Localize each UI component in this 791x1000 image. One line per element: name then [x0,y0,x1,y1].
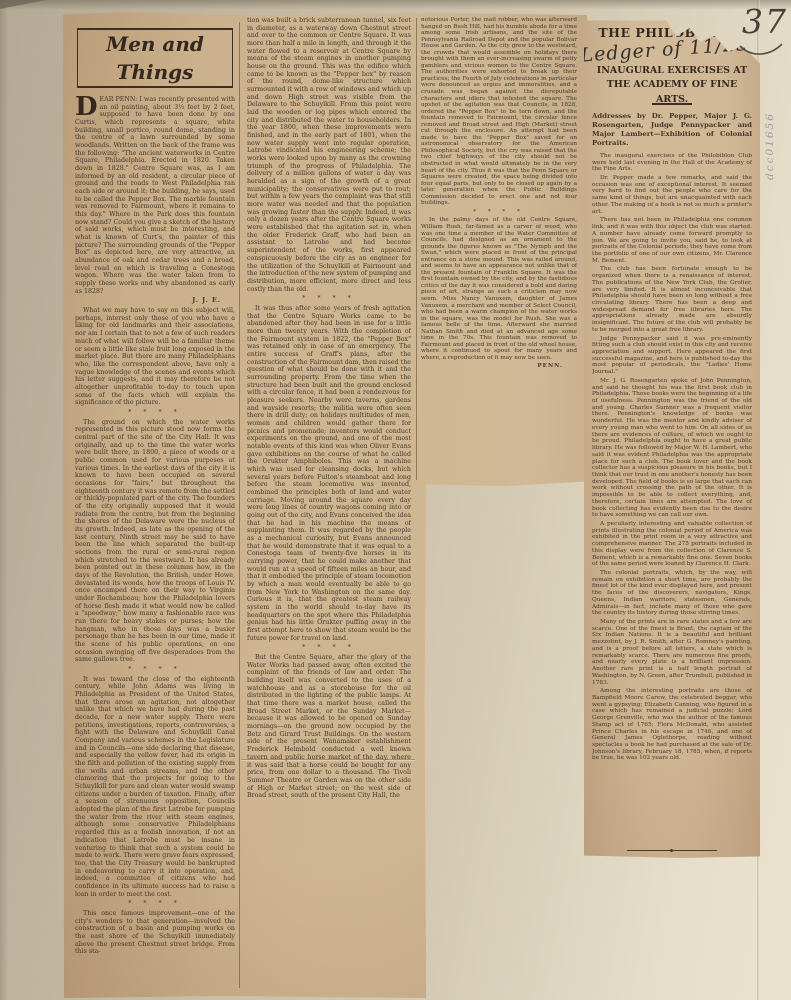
catalog-number-note: dcc01656 [764,70,776,180]
article-column-1: Men and Things DEAR PENN: I was recently… [75,28,235,992]
paragraph: Dr. Pepper made a few remarks, and said … [592,175,752,215]
paragraph: Mr. J. G. Rosengarten spoke of John Penn… [592,378,752,519]
article-paragraphs: The inaugural exercises of the Philobibl… [592,153,752,762]
scrapbook-page: Men and Things DEAR PENN: I was recently… [0,0,791,1000]
photo-corner-shadow [0,0,46,9]
paragraph: * * * * [75,900,235,908]
column-rule [416,18,417,480]
column-3-text: notorious Porter, the mail robber, who w… [421,17,577,370]
clipping-philobiblon: THE PHILOBIBLON Ledger of 11/23/9 INAUGU… [584,18,760,858]
paragraph: It was toward the close of the eighteent… [75,676,235,898]
paragraph: Judge Pennypacker said it was pre-eminen… [592,336,752,376]
end-of-article-rule [627,850,717,851]
paragraph: Many of the prints are in rare states an… [592,619,752,686]
paragraph: * * * * [247,295,411,303]
paragraph: * * * * [421,209,577,216]
paragraph: The colonial portraits, which, by the wa… [592,570,752,617]
paragraph: * * * * [75,666,235,674]
article-body: Addresses by Dr. Pepper, Major J. G. Ros… [592,112,752,842]
article-title: Men and Things [77,28,233,88]
column-1-text: DEAR PENN: I was recently presented with… [75,96,235,956]
column-2-text: tion was built a brick subterranean tunn… [247,17,411,800]
paragraph: What we may have to say on this subject … [75,307,235,407]
paragraph: * * * * [75,409,235,417]
article-column-2: tion was built a brick subterranean tunn… [247,17,411,992]
paragraph: * * * * [247,644,411,652]
paragraph: This once famous improvement—one of the … [75,910,235,956]
article-headline: INAUGURAL EXERCISES AT THE ACADEMY OF FI… [590,64,754,107]
paragraph: But the Centre Square, after the glory o… [247,654,411,800]
paragraph: notorious Porter, the mail robber, who w… [421,17,577,207]
clipping-men-and-things: Men and Things DEAR PENN: I was recently… [63,12,587,998]
paragraph: It was thus after some years of fresh ag… [247,305,411,643]
paragraph: The ground on which the water works repr… [75,419,235,665]
paragraph: J. J. E. [75,297,235,305]
paragraph: DEAR PENN: I was recently presented with… [75,96,235,295]
column-rule [239,22,240,988]
page-number: 37 [742,2,788,41]
article-deck: Addresses by Dr. Pepper, Major J. G. Ros… [592,112,752,148]
paragraph: tion was built a brick subterranean tunn… [247,17,411,293]
paragraph: Among the interesting portraits are thos… [592,688,752,762]
paragraph: PENN. [421,363,577,370]
paragraph: The club has been fortunate enough to be… [592,266,752,333]
page-number-flourish [738,42,784,58]
paragraph: A peculiarly interesting and valuable co… [592,521,752,568]
paragraph: In the palmy days of the old Centre Squa… [421,217,577,361]
headline-rule [652,103,692,105]
article-column-3: notorious Porter, the mail robber, who w… [421,17,577,483]
paragraph: There has not been in Philadelphia one c… [592,217,752,264]
paragraph: The inaugural exercises of the Philobibl… [592,153,752,173]
